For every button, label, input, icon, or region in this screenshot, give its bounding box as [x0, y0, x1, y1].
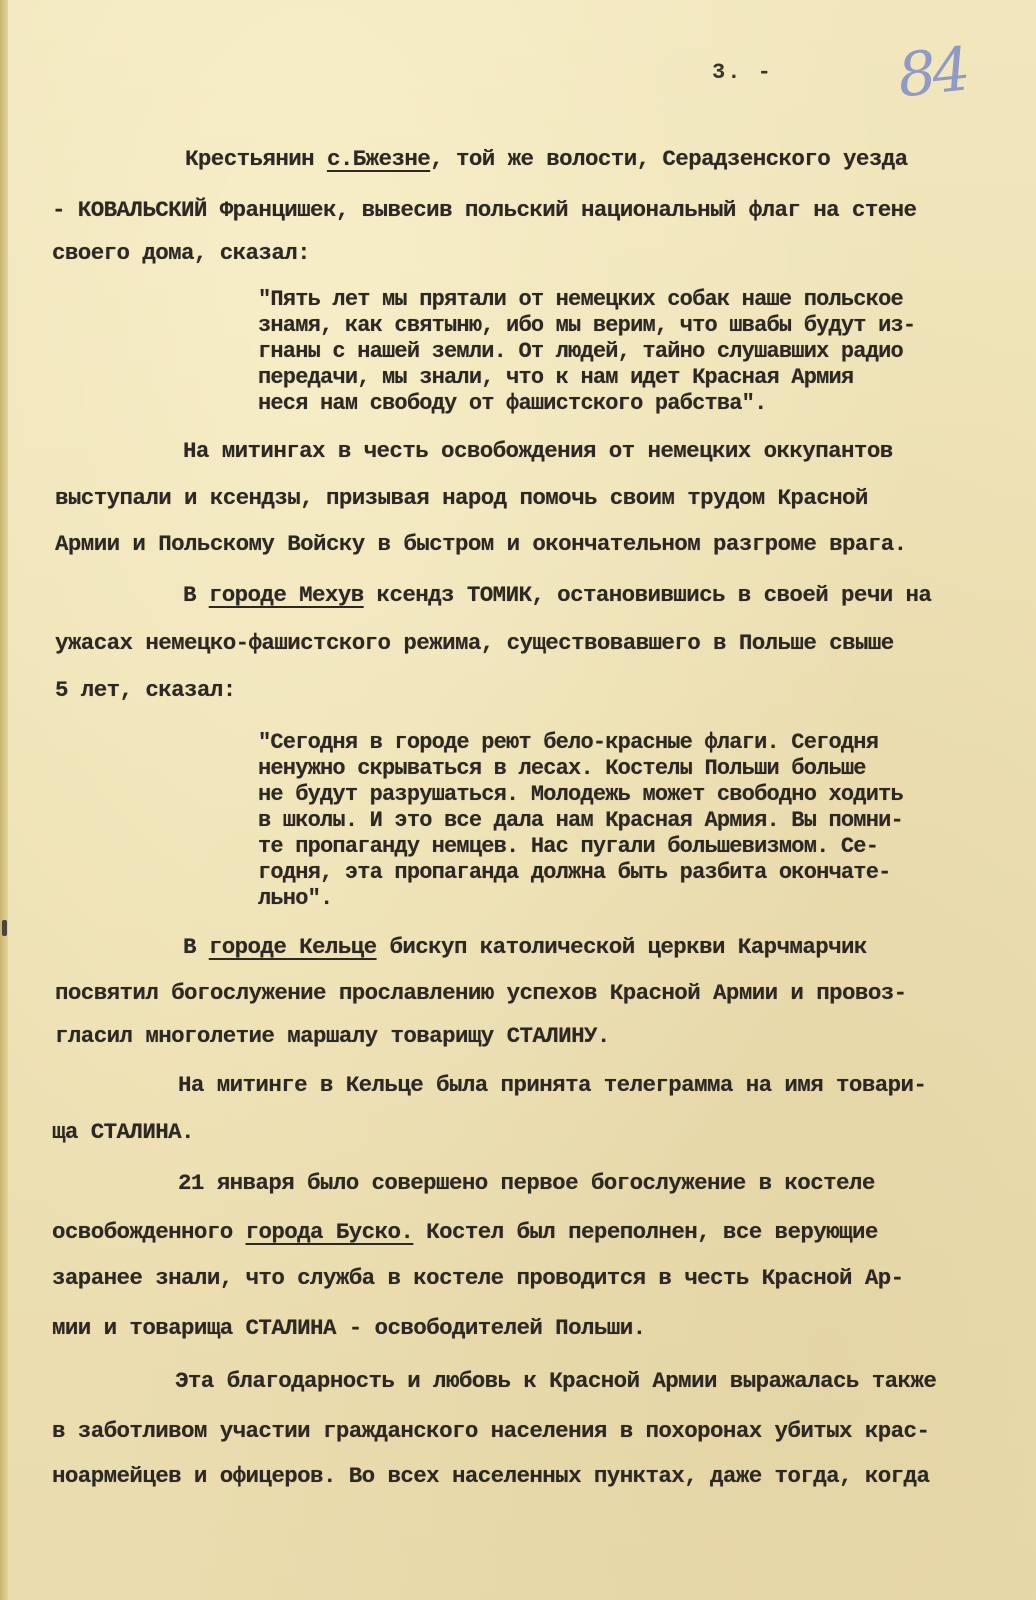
text-line: освобожденного города Буско. Костел был … — [52, 1219, 878, 1245]
text-line: знамя, как святыню, ибо мы верим, что шв… — [258, 313, 915, 338]
text-line: На митинге в Кельце была принята телегра… — [178, 1072, 926, 1098]
text-line: посвятил богослужение прославлению успех… — [55, 980, 907, 1006]
text-line: своего дома, сказал: — [52, 240, 310, 266]
handwritten-archive-number: 84 — [895, 35, 970, 112]
line-text: Крестьянин — [185, 146, 327, 172]
paper-left-edge — [0, 0, 8, 1600]
text-line: ужасах немецко-фашистского режима, сущес… — [55, 630, 894, 656]
line-text: освобожденного — [52, 1219, 246, 1245]
line-text: В — [183, 582, 209, 608]
text-line: Эта благодарность и любовь к Красной Арм… — [175, 1368, 936, 1394]
text-line: 21 января было совершено первое богослуж… — [178, 1170, 875, 1196]
text-line: гласил многолетие маршалу товарищу СТАЛИ… — [55, 1023, 610, 1049]
text-line: мии и товарища СТАЛИНА - освободителей П… — [52, 1315, 646, 1341]
text-line: ноармейцев и офицеров. Во всех населенны… — [52, 1463, 929, 1489]
typed-page-number: 3. - — [712, 60, 773, 85]
text-line: "Сегодня в городе реют бело-красные флаг… — [258, 730, 878, 755]
text-line: льно". — [258, 886, 332, 911]
text-line: передачи, мы знали, что к нам идет Красн… — [258, 365, 853, 390]
text-line: заранее знали, что служба в костеле пров… — [52, 1265, 904, 1291]
text-line: ща СТАЛИНА. — [52, 1119, 194, 1145]
text-line: выступали и ксендзы, призывая народ помо… — [55, 485, 868, 511]
text-line: в школы. И это все дала нам Красная Арми… — [258, 808, 903, 833]
text-line: "Пять лет мы прятали от немецких собак н… — [258, 287, 903, 312]
text-line: годня, эта пропаганда должна быть разбит… — [258, 860, 891, 885]
text-line: - КОВАЛЬСКИЙ Францишек, вывесив польский… — [52, 197, 916, 223]
line-text: Костел был переполнен, все верующие — [413, 1219, 877, 1245]
text-line: На митингах в честь освобождения от неме… — [183, 438, 893, 464]
line-text: ксендз ТОМИК, остановившись в своей речи… — [364, 582, 932, 608]
text-line: В городе Кельце бискуп католической церк… — [183, 934, 867, 960]
line-text: бискуп католической церкви Карчмарчик — [377, 934, 867, 960]
underlined-place-name: городе Кельце — [209, 934, 377, 960]
text-line: В городе Мехув ксендз ТОМИК, остановивши… — [183, 582, 931, 608]
binder-clip-mark — [2, 920, 7, 936]
text-line: гнаны с нашей земли. От людей, тайно слу… — [258, 339, 903, 364]
line-text: В — [183, 934, 209, 960]
underlined-place-name: городе Мехув — [209, 582, 364, 608]
text-line: Крестьянин с.Бжезне, той же волости, Сер… — [185, 146, 908, 172]
underlined-place-name: города Буско. — [246, 1219, 414, 1245]
text-line: не будут разрушаться. Молодежь может сво… — [258, 782, 903, 807]
text-line: те пропаганду немцев. Нас пугали большев… — [258, 834, 878, 859]
text-line: неся нам свободу от фашистского рабства"… — [258, 391, 767, 416]
text-line: в заботливом участии гражданского населе… — [52, 1418, 929, 1444]
text-line: Армии и Польскому Войску в быстром и око… — [55, 531, 907, 557]
line-text: , той же волости, Серадзенского уезда — [430, 146, 907, 172]
underlined-place-name: с.Бжезне — [327, 146, 430, 172]
text-line: ненужно скрываться в лесах. Костелы Поль… — [258, 756, 866, 781]
document-page: 3. - 84 Крестьянин с.Бжезне, той же воло… — [0, 0, 1036, 1600]
text-line: 5 лет, сказал: — [55, 677, 236, 703]
